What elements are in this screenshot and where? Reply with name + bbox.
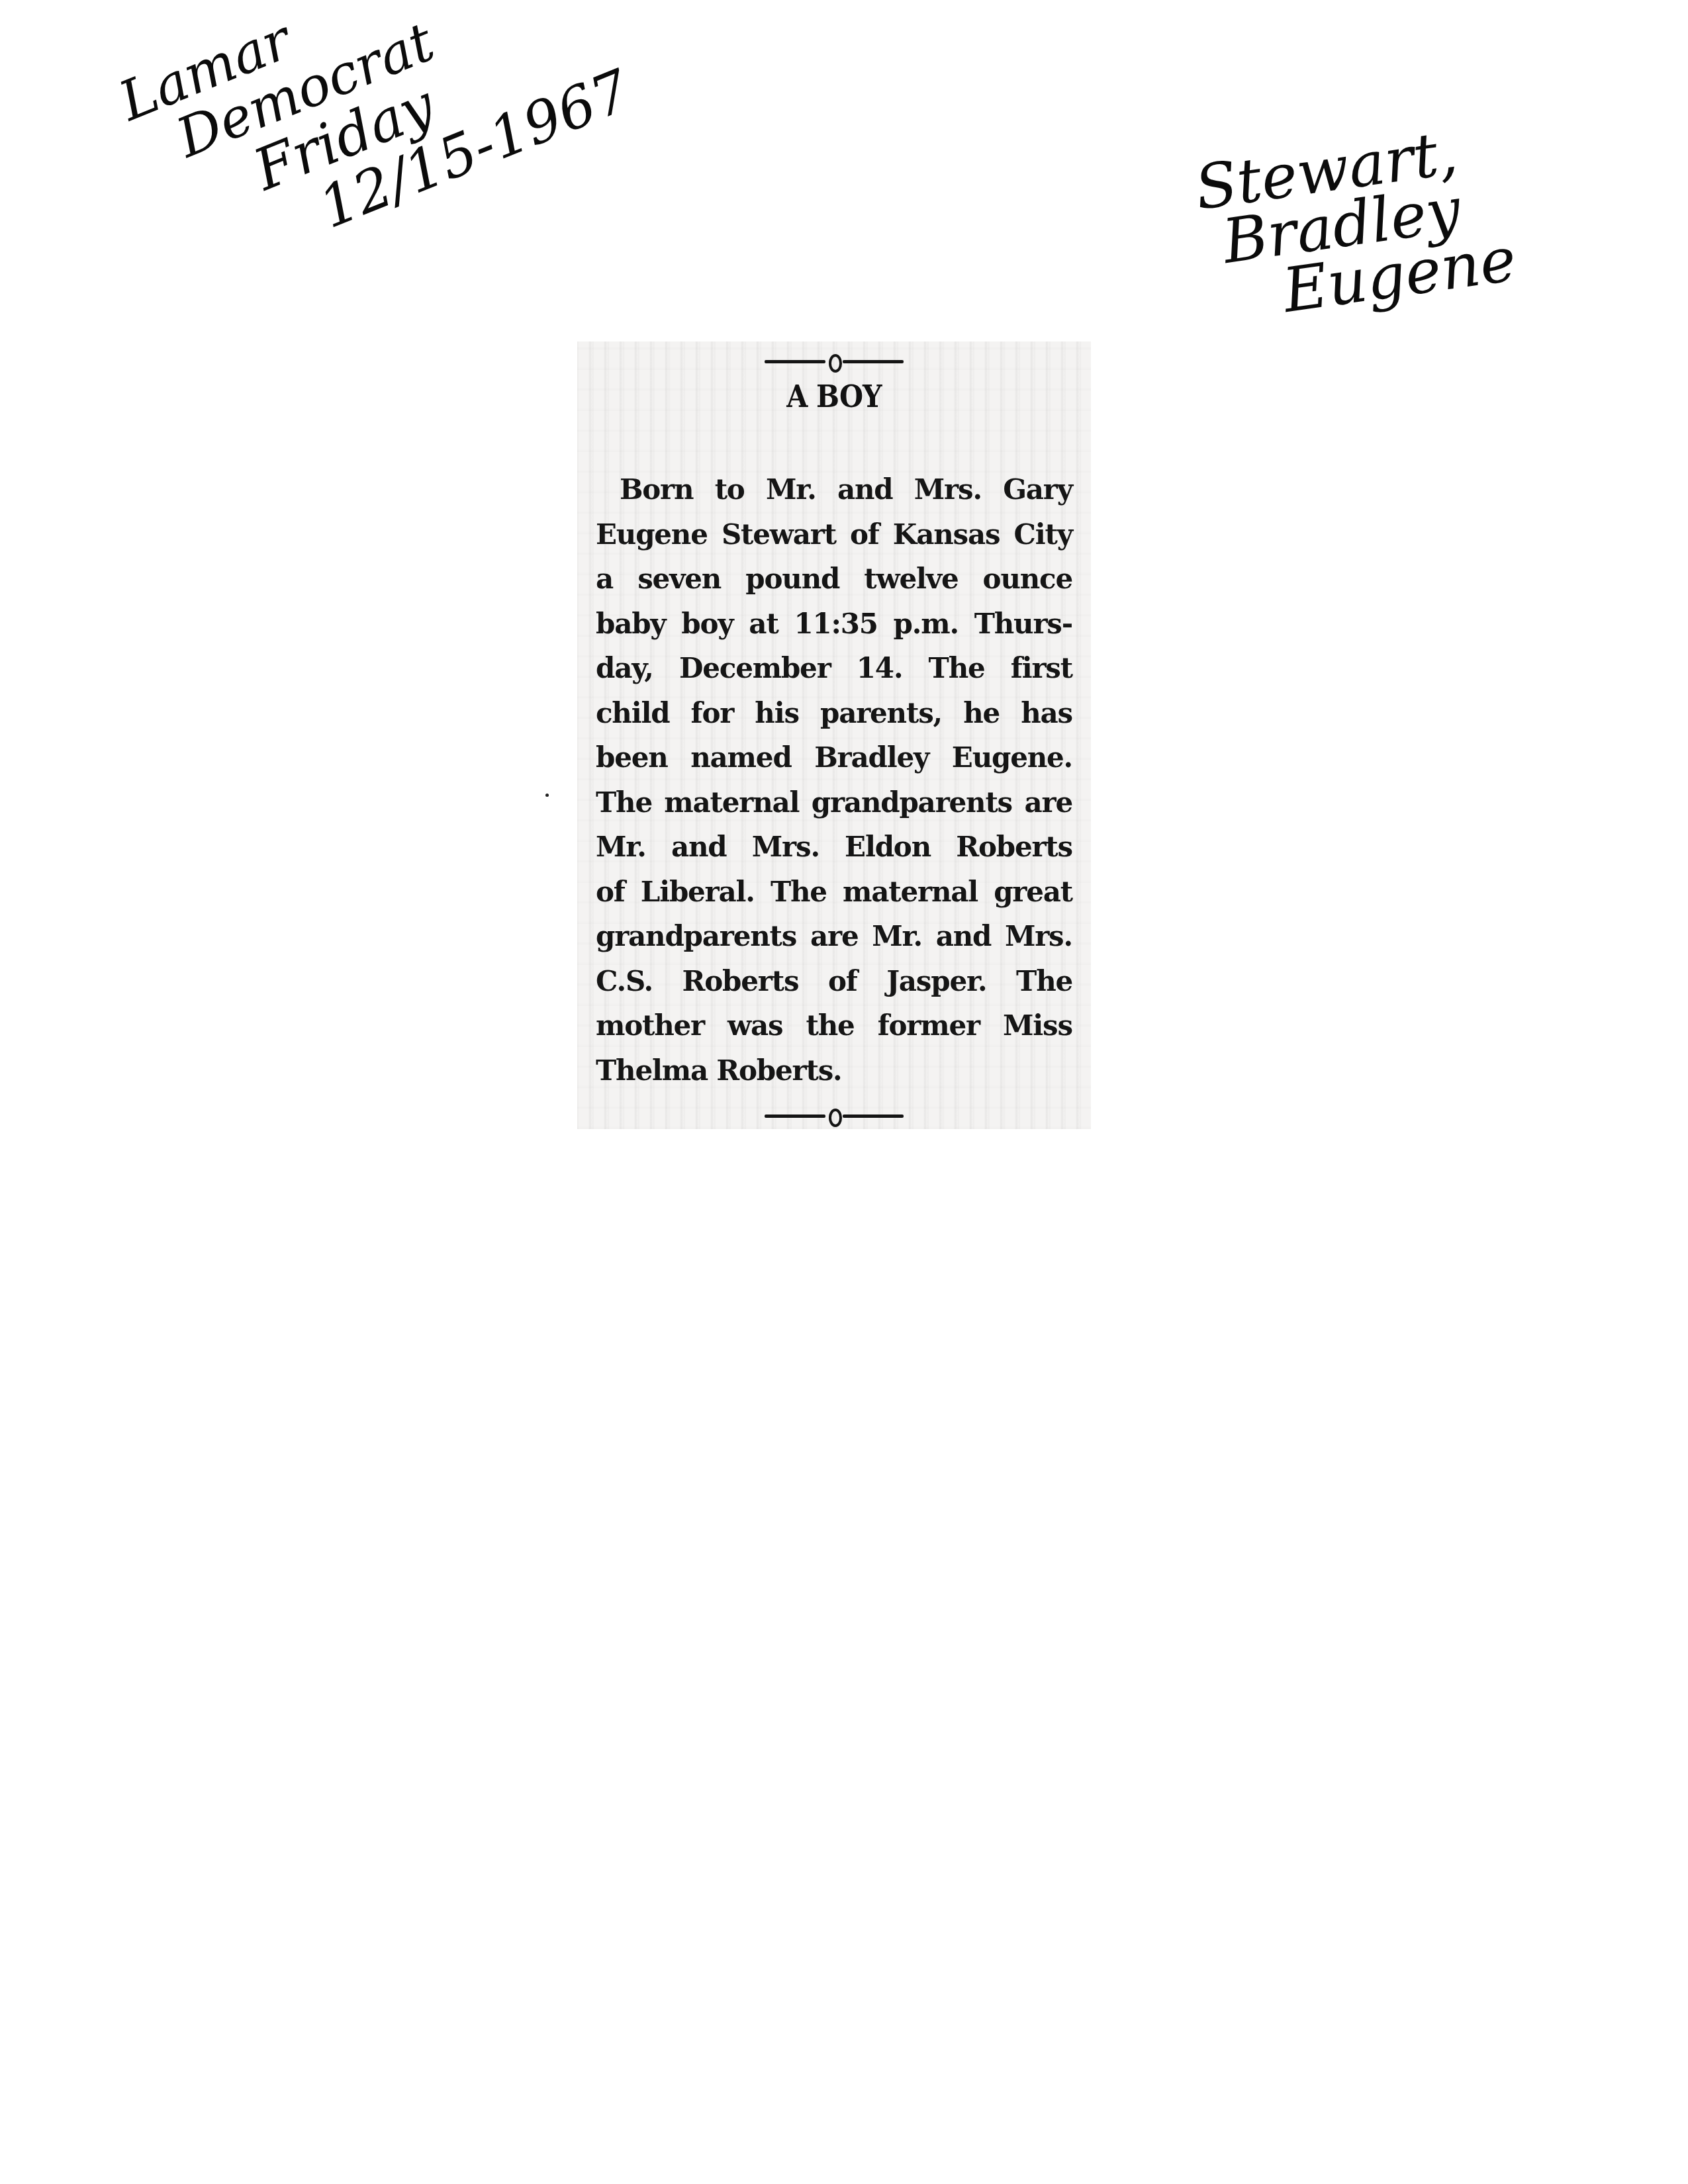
- body-line: Mr. and Mrs. Eldon Roberts: [596, 825, 1072, 870]
- body-line: baby boy at 11:35 p.m. Thurs-: [596, 602, 1072, 647]
- body-line: grandparents are Mr. and Mrs.: [596, 914, 1072, 959]
- body-line: Born to Mr. and Mrs. Gary: [596, 467, 1072, 512]
- body-line: The maternal grandparents are: [596, 780, 1072, 825]
- clipping-headline: A BOY: [603, 379, 1065, 414]
- body-line: day, December 14. The first: [596, 646, 1072, 691]
- bottom-divider-ornament: [765, 1108, 904, 1124]
- body-line: Thelma Roberts.: [596, 1048, 1072, 1093]
- clipping-body: Born to Mr. and Mrs. Gary Eugene Stewart…: [596, 467, 1072, 1093]
- body-line: child for his parents, he has: [596, 691, 1072, 736]
- newspaper-clipping: A BOY Born to Mr. and Mrs. Gary Eugene S…: [577, 341, 1091, 1129]
- handwritten-source-note: Lamar Democrat Friday 12/15-1967: [113, 0, 637, 292]
- body-line: of Liberal. The maternal great: [596, 870, 1072, 915]
- handwritten-subject-name: Stewart, Bradley Eugene: [1192, 116, 1520, 332]
- scan-speck: [545, 794, 549, 797]
- body-line: been named Bradley Eugene.: [596, 735, 1072, 780]
- body-line: mother was the former Miss: [596, 1003, 1072, 1048]
- body-line: Eugene Stewart of Kansas City: [596, 512, 1072, 557]
- body-line: a seven pound twelve ounce: [596, 557, 1072, 602]
- top-divider-ornament: [765, 353, 904, 369]
- body-line: C.S. Roberts of Jasper. The: [596, 959, 1072, 1004]
